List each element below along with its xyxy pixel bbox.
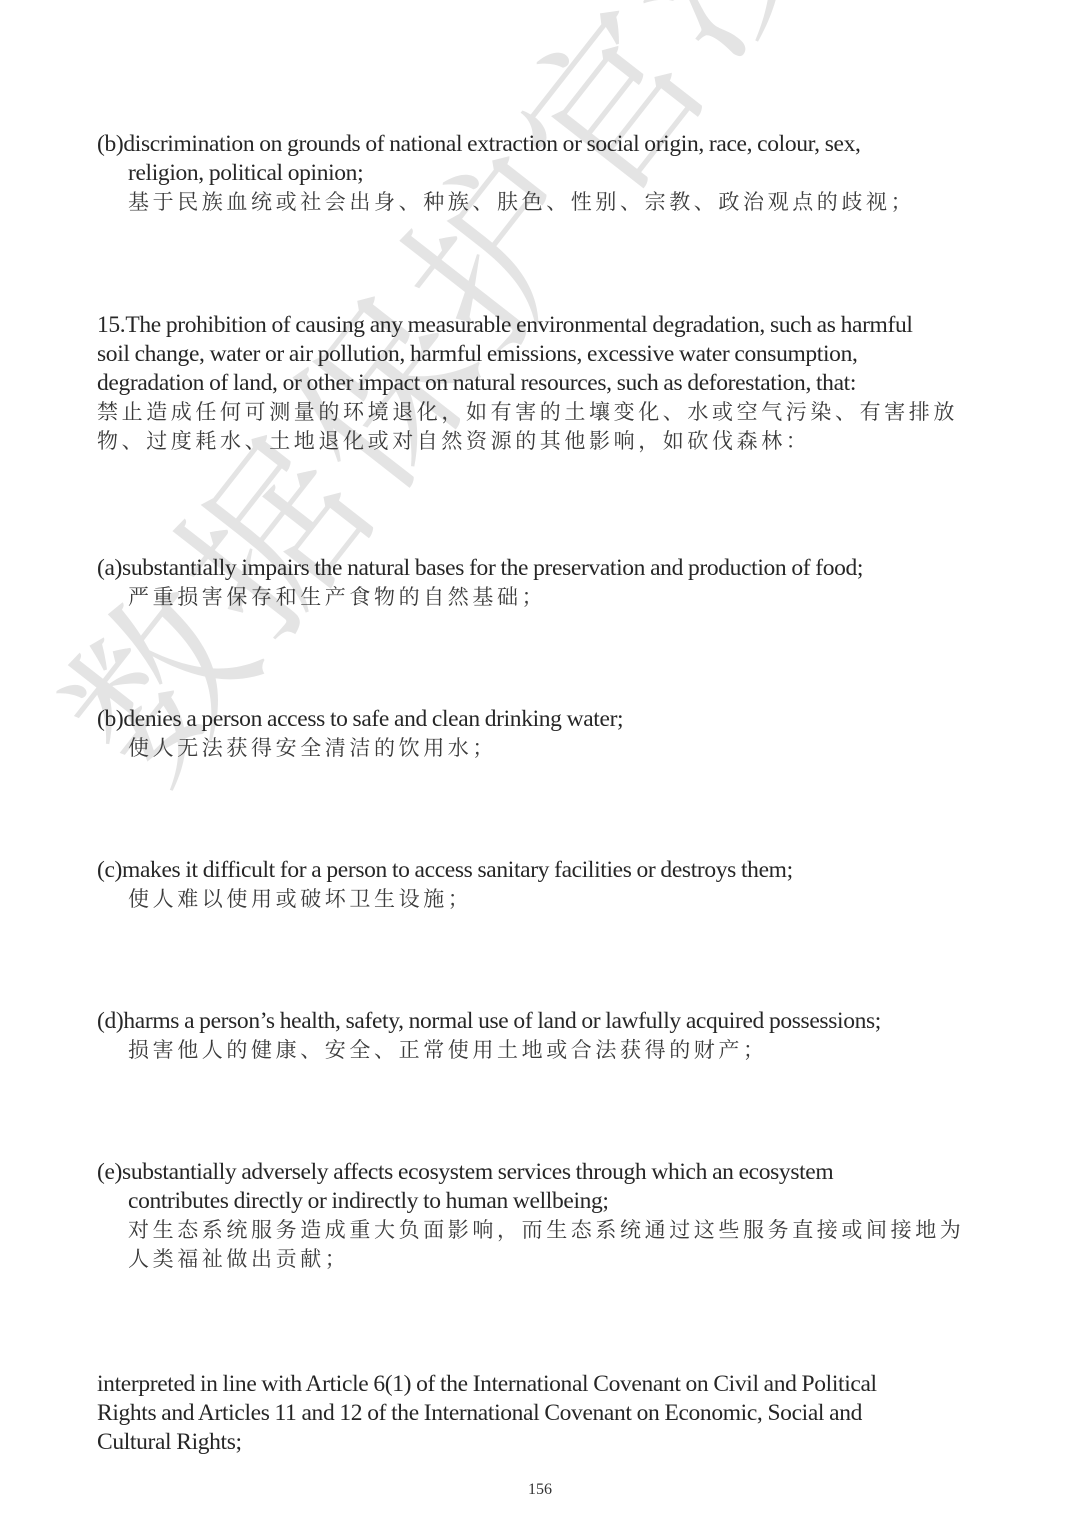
closing-paragraph: interpreted in line with Article 6(1) of… xyxy=(97,1370,997,1457)
clause-text-zh-line: 损害他人的健康、安全、正常使用土地或合法获得的财产； xyxy=(97,1036,997,1065)
closing-text-line: Cultural Rights; xyxy=(97,1428,997,1457)
page-number: 156 xyxy=(0,1481,1080,1499)
clause-text-zh-line: 使人难以使用或破坏卫生设施； xyxy=(97,885,997,914)
clause-15b: (b)denies a person access to safe and cl… xyxy=(97,705,997,763)
clause-text-zh-line: 人类福祉做出贡献； xyxy=(97,1245,997,1274)
clause-marker: (c) xyxy=(97,857,122,883)
clause-text-en-line: (d)harms a person’s health, safety, norm… xyxy=(97,1007,997,1036)
clause-15: 15.The prohibition of causing any measur… xyxy=(97,311,997,456)
clause-text-en-line: (b)denies a person access to safe and cl… xyxy=(97,705,997,734)
clause-text-en-line: contributes directly or indirectly to hu… xyxy=(97,1187,997,1216)
clause-marker: (d) xyxy=(97,1008,123,1034)
clause-text-en-line: soil change, water or air pollution, har… xyxy=(97,340,997,369)
clause-text-zh-line: 对生态系统服务造成重大负面影响，而生态系统通过这些服务直接或间接地为 xyxy=(97,1216,997,1245)
clause-text-en-line: (e)substantially adversely affects ecosy… xyxy=(97,1158,997,1187)
clause-marker: 15. xyxy=(97,312,125,338)
clause-text-zh-line: 严重损害保存和生产食物的自然基础； xyxy=(97,583,997,612)
clause-15e: (e)substantially adversely affects ecosy… xyxy=(97,1158,997,1274)
clause-14b: (b)discrimination on grounds of national… xyxy=(97,130,997,217)
clause-text-zh-line: 物、过度耗水、土地退化或对自然资源的其他影响，如砍伐森林： xyxy=(97,427,997,456)
clause-text-en-line: religion, political opinion; xyxy=(97,159,997,188)
clause-text-zh-line: 禁止造成任何可测量的环境退化，如有害的土壤变化、水或空气污染、有害排放 xyxy=(97,398,997,427)
clause-15a: (a)substantially impairs the natural bas… xyxy=(97,554,997,612)
document-page: (b)discrimination on grounds of national… xyxy=(0,0,1080,1527)
clause-15c: (c)makes it difficult for a person to ac… xyxy=(97,856,997,914)
clause-text-zh-line: 基于民族血统或社会出身、种族、肤色、性别、宗教、政治观点的歧视； xyxy=(97,188,997,217)
clause-15d: (d)harms a person’s health, safety, norm… xyxy=(97,1007,997,1065)
clause-marker: (e) xyxy=(97,1159,122,1185)
clause-marker: (b) xyxy=(97,706,123,732)
closing-text-line: interpreted in line with Article 6(1) of… xyxy=(97,1370,997,1399)
clause-text-zh-line: 使人无法获得安全清洁的饮用水； xyxy=(97,734,997,763)
clause-marker: (a) xyxy=(97,555,122,581)
clause-text-en-line: (a)substantially impairs the natural bas… xyxy=(97,554,997,583)
clause-text-en-line: 15.The prohibition of causing any measur… xyxy=(97,311,997,340)
clause-text-en-line: (b)discrimination on grounds of national… xyxy=(97,130,997,159)
closing-text-line: Rights and Articles 11 and 12 of the Int… xyxy=(97,1399,997,1428)
clause-text-en-line: (c)makes it difficult for a person to ac… xyxy=(97,856,997,885)
clause-text-en-line: degradation of land, or other impact on … xyxy=(97,369,997,398)
clause-marker: (b) xyxy=(97,131,123,157)
